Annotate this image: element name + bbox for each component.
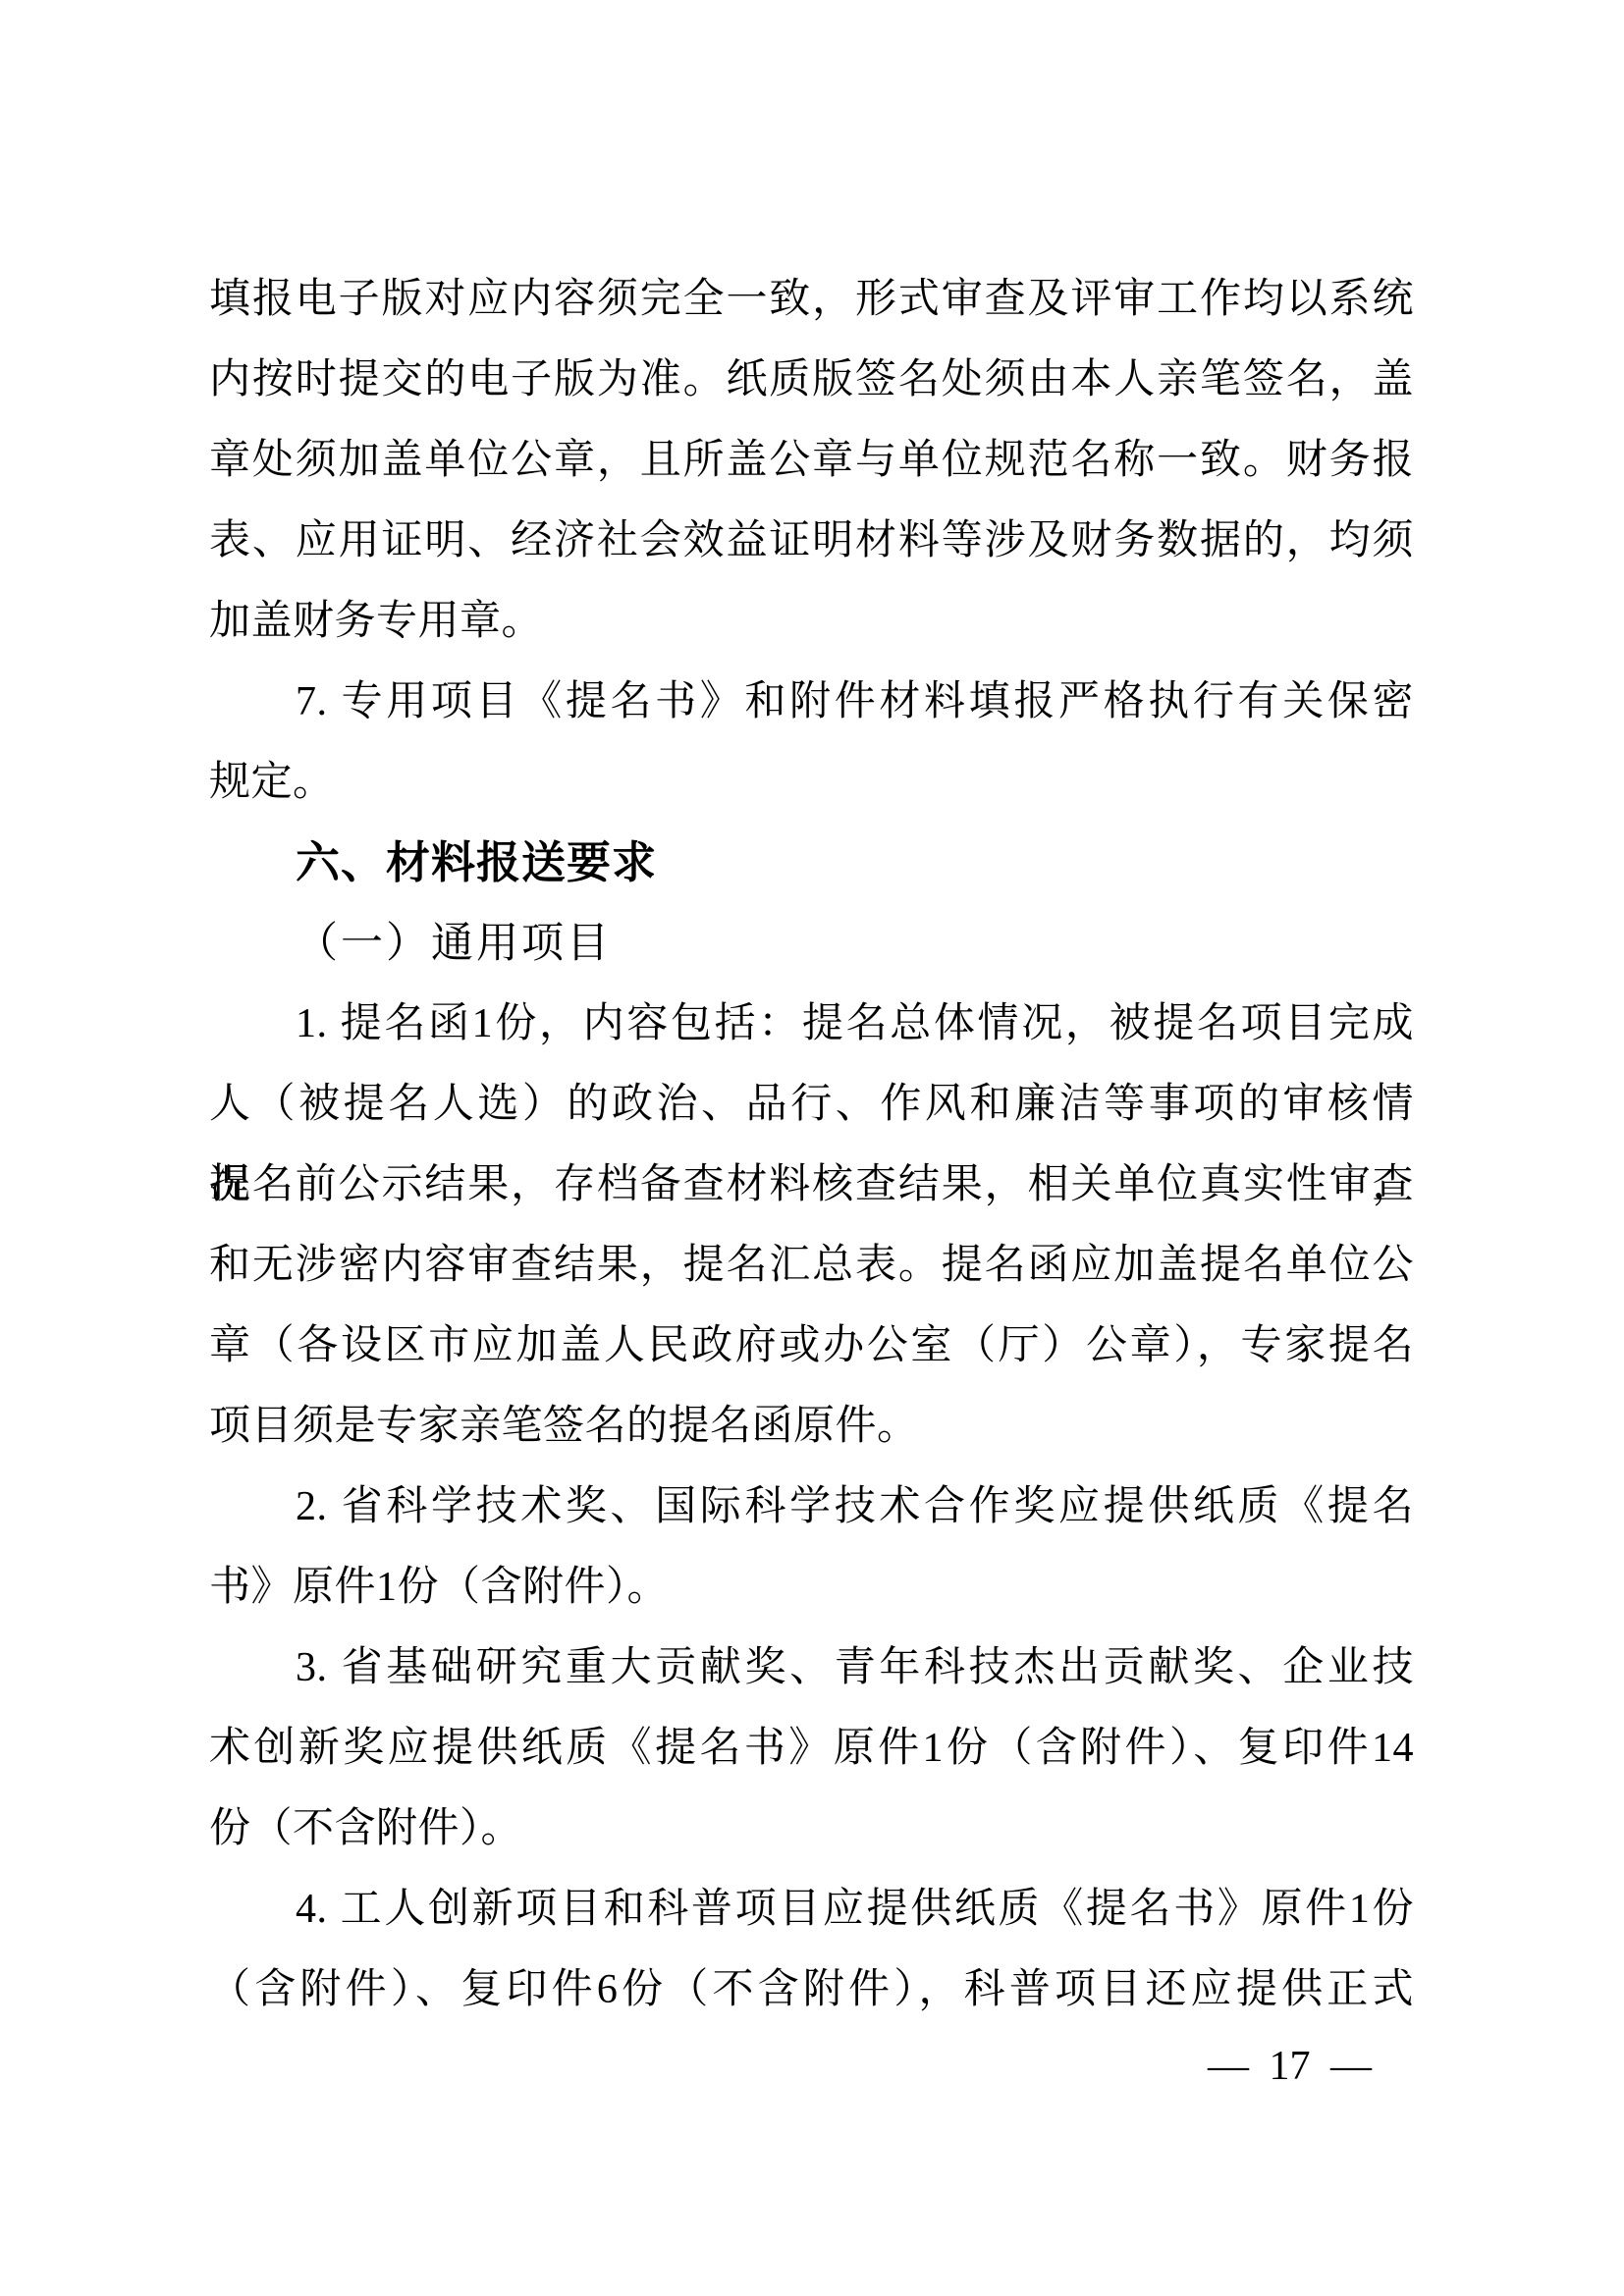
text-line: 3. 省基础研究重大贡献奖、青年科技杰出贡献奖、企业技 bbox=[209, 1628, 1414, 1708]
text-line: 书》原件1份（含附件）。 bbox=[209, 1547, 1414, 1628]
page-footer: — 17 — bbox=[1208, 2026, 1372, 2107]
text-line: 表、应用证明、经济社会效益证明材料等涉及财务数据的，均须 bbox=[209, 501, 1414, 581]
text-line: 规定。 bbox=[209, 742, 1414, 823]
subsection-heading: （一）通用项目 bbox=[209, 903, 1414, 984]
text-line: 和无涉密内容审查结果，提名汇总表。提名函应加盖提名单位公 bbox=[209, 1225, 1414, 1306]
section-heading: 六、材料报送要求 bbox=[209, 823, 1414, 903]
text-line: 提名前公示结果，存档备查材料核查结果，相关单位真实性审查 bbox=[209, 1145, 1414, 1225]
page-number: — 17 — bbox=[1208, 2044, 1372, 2089]
document-body: 填报电子版对应内容须完全一致，形式审查及评审工作均以系统内按时提交的电子版为准。… bbox=[209, 259, 1414, 2030]
text-line: （含附件）、复印件6份（不含附件），科普项目还应提供正式 bbox=[209, 1949, 1414, 2030]
text-line: 人（被提名人选）的政治、品行、作风和廉洁等事项的审核情况， bbox=[209, 1064, 1414, 1145]
text-line: 章（各设区市应加盖人民政府或办公室（厅）公章），专家提名 bbox=[209, 1306, 1414, 1386]
text-line: 1. 提名函1份，内容包括：提名总体情况，被提名项目完成 bbox=[209, 984, 1414, 1064]
document-page: 填报电子版对应内容须完全一致，形式审查及评审工作均以系统内按时提交的电子版为准。… bbox=[0, 0, 1624, 2296]
text-line: 2. 省科学技术奖、国际科学技术合作奖应提供纸质《提名 bbox=[209, 1467, 1414, 1547]
text-line: 填报电子版对应内容须完全一致，形式审查及评审工作均以系统 bbox=[209, 259, 1414, 340]
text-line: 加盖财务专用章。 bbox=[209, 581, 1414, 662]
text-line: 内按时提交的电子版为准。纸质版签名处须由本人亲笔签名，盖 bbox=[209, 340, 1414, 420]
text-line: 章处须加盖单位公章，且所盖公章与单位规范名称一致。财务报 bbox=[209, 420, 1414, 501]
text-line: 7. 专用项目《提名书》和附件材料填报严格执行有关保密 bbox=[209, 662, 1414, 742]
text-line: 术创新奖应提供纸质《提名书》原件1份（含附件）、复印件14 bbox=[209, 1708, 1414, 1789]
text-line: 份（不含附件）。 bbox=[209, 1789, 1414, 1869]
text-line: 4. 工人创新项目和科普项目应提供纸质《提名书》原件1份 bbox=[209, 1869, 1414, 1949]
text-line: 项目须是专家亲笔签名的提名函原件。 bbox=[209, 1386, 1414, 1467]
